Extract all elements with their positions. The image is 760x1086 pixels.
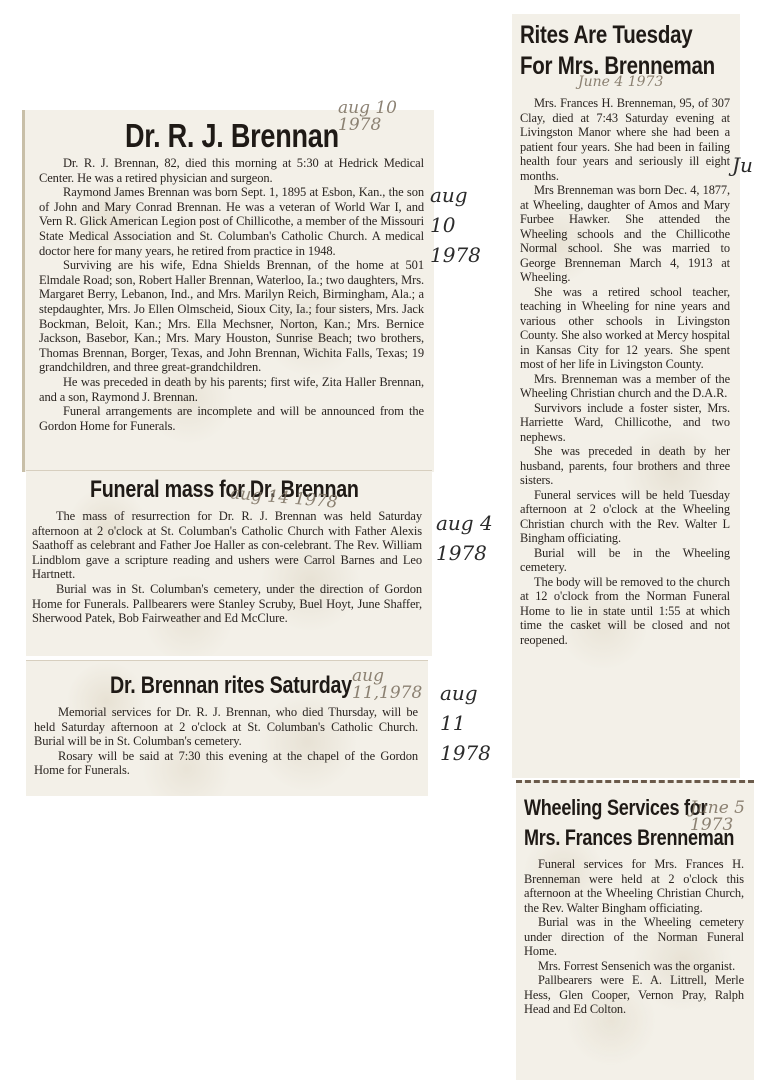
clipping-brennan-obituary: Dr. R. J. Brennan Dr. R. J. Brennan, 82,… [22, 110, 434, 472]
paragraph: She was preceded in death by her husband… [520, 444, 730, 488]
headline-line: Rites Are Tuesday [520, 20, 692, 51]
handwritten-date: June 5 1973 [690, 800, 745, 834]
paragraph: Mrs. Frances H. Brenneman, 95, of 307 Cl… [520, 96, 730, 183]
paragraph: Mrs. Brenneman was a member of the Wheel… [520, 372, 730, 401]
paragraph: Raymond James Brennan was born Sept. 1, … [39, 185, 424, 258]
article-body: Mrs. Frances H. Brenneman, 95, of 307 Cl… [520, 96, 730, 647]
margin-note-date: aug 11 1978 [440, 678, 491, 768]
handwritten-date: aug 11,1978 [352, 668, 422, 702]
paragraph: Pallbearers were E. A. Littrell, Merle H… [524, 973, 744, 1017]
paragraph: He was preceded in death by his parents;… [39, 375, 424, 404]
margin-note-date: aug 10 1978 [430, 180, 481, 270]
article-body: Dr. R. J. Brennan, 82, died this morning… [39, 156, 424, 433]
handwritten-date: aug 10 1978 [338, 100, 397, 134]
paragraph: Burial will be in the Wheeling cemetery. [520, 546, 730, 575]
paragraph: Rosary will be said at 7:30 this evening… [34, 749, 418, 778]
paragraph: Funeral services for Mrs. Frances H. Bre… [524, 857, 744, 915]
paragraph: Burial was in the Wheeling cemetery unde… [524, 915, 744, 959]
paragraph: Burial was in St. Columban's cemetery, u… [32, 582, 422, 626]
paragraph: Mrs. Forrest Sensenich was the organist. [524, 959, 744, 974]
headline-line: Wheeling Services for [524, 793, 704, 823]
paragraph: Memorial services for Dr. R. J. Brennan,… [34, 705, 418, 749]
paragraph: Survivors include a foster sister, Mrs. … [520, 401, 730, 445]
paragraph: Funeral arrangements are incomplete and … [39, 404, 424, 433]
headline-line: Mrs. Frances Brenneman [524, 823, 704, 853]
headline: Dr. Brennan rites Saturday [110, 671, 363, 701]
paragraph: Surviving are his wife, Edna Shields Bre… [39, 258, 424, 375]
paragraph: Mrs Brenneman was born Dec. 4, 1877, at … [520, 183, 730, 285]
handwritten-date: June 4 1973 [578, 74, 663, 91]
paragraph: The mass of resurrection for Dr. R. J. B… [32, 509, 422, 582]
article-body: The mass of resurrection for Dr. R. J. B… [32, 509, 422, 626]
headline: Dr. R. J. Brennan [125, 118, 370, 154]
article-body: Memorial services for Dr. R. J. Brennan,… [34, 705, 418, 778]
margin-note-partial: Ju [732, 150, 753, 180]
paragraph: She was a retired school teacher, teachi… [520, 285, 730, 372]
paragraph: The body will be removed to the church a… [520, 575, 730, 648]
article-body: Funeral services for Mrs. Frances H. Bre… [524, 857, 744, 1017]
paragraph: Dr. R. J. Brennan, 82, died this morning… [39, 156, 424, 185]
paragraph: Funeral services will be held Tuesday af… [520, 488, 730, 546]
margin-note-date: aug 4 1978 [436, 508, 493, 568]
clipping-brenneman-rites: Rites Are Tuesday For Mrs. Brenneman Mrs… [512, 14, 740, 778]
